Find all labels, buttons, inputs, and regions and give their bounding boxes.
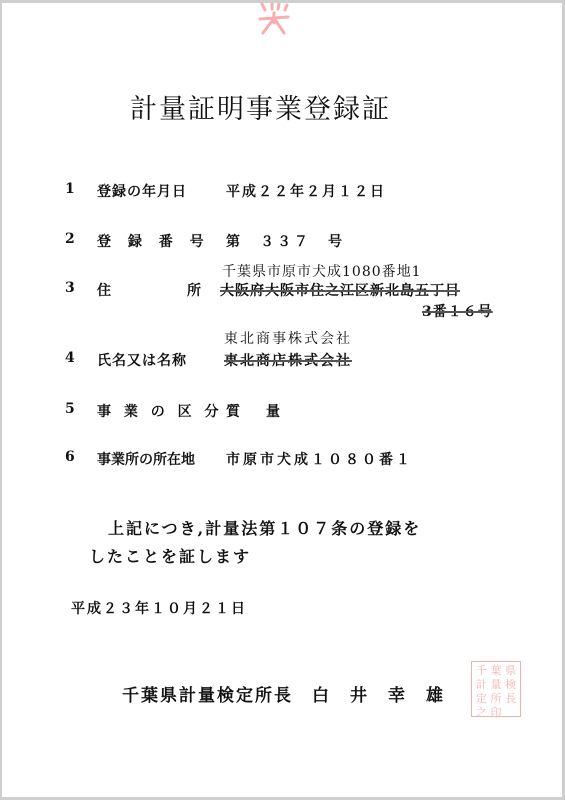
row-1-label: 登録の年月日 (97, 181, 187, 201)
seal-char (503, 706, 518, 720)
row-5-number: 5 (65, 401, 75, 417)
seal-char: 量 (489, 678, 504, 692)
seal-char: 所 (489, 692, 504, 706)
document-title: 計量証明事業登録証 (130, 87, 391, 126)
row-3-new-address: 千葉県市原市犬成1080番地1 (222, 261, 422, 281)
row-2-number: 2 (65, 231, 75, 247)
seal-char: 計 (474, 678, 489, 692)
seal-char: 長 (503, 692, 518, 706)
row-1-number: 1 (65, 181, 75, 197)
row-3-old-address-line1: 大阪府大阪市住之江区新北島五丁目 (220, 280, 460, 300)
seal-char: 県 (503, 664, 518, 678)
row-4-label: 氏名又は名称 (97, 350, 187, 370)
certificate-page: 計量証明事業登録証 1 登録の年月日 平成２２年２月１２日 2 登 録 番 号 … (2, 3, 562, 797)
row-5-label: 事 業 の 区 分 (97, 401, 223, 421)
row-3-number: 3 (65, 280, 75, 296)
row-4-new-name: 東北商事株式会社 (224, 328, 352, 348)
certification-line-2: したことを証します (89, 544, 251, 567)
seal-char: 之 (474, 706, 489, 720)
issue-date: 平成２３年１０月２１日 (71, 598, 247, 618)
row-4-old-name: 東北商店株式会社 (224, 350, 352, 370)
official-seal-stamp: 千 葉 県 計 量 検 定 所 長 之 印 (471, 661, 521, 717)
seal-char: 千 (474, 664, 489, 678)
seal-char: 検 (503, 678, 518, 692)
row-3-label-left: 住 (97, 280, 112, 300)
seal-char: 印 (489, 706, 504, 720)
row-6-label: 事業所の所在地 (97, 449, 195, 469)
row-2-value: 第 ３３７ 号 (226, 231, 345, 251)
row-2-label: 登 録 番 号 (97, 231, 210, 251)
signer-name: 千葉県計量検定所長 白 井 幸 雄 (122, 681, 445, 706)
partial-seal-stamp-icon (254, 3, 294, 35)
row-3-old-address-line2: 3番１６号 (422, 301, 493, 321)
seal-char: 定 (474, 692, 489, 706)
row-5-value: 質 量 (226, 401, 286, 421)
row-4-number: 4 (65, 350, 75, 366)
row-3-label-right: 所 (187, 280, 202, 300)
row-6-value: 市原市犬成１０８０番１ (226, 449, 413, 469)
row-1-value: 平成２２年２月１２日 (226, 181, 386, 201)
certification-line-1: 上記につき,計量法第１０７条の登録を (108, 516, 421, 539)
seal-char: 葉 (489, 664, 504, 678)
row-6-number: 6 (65, 449, 75, 465)
